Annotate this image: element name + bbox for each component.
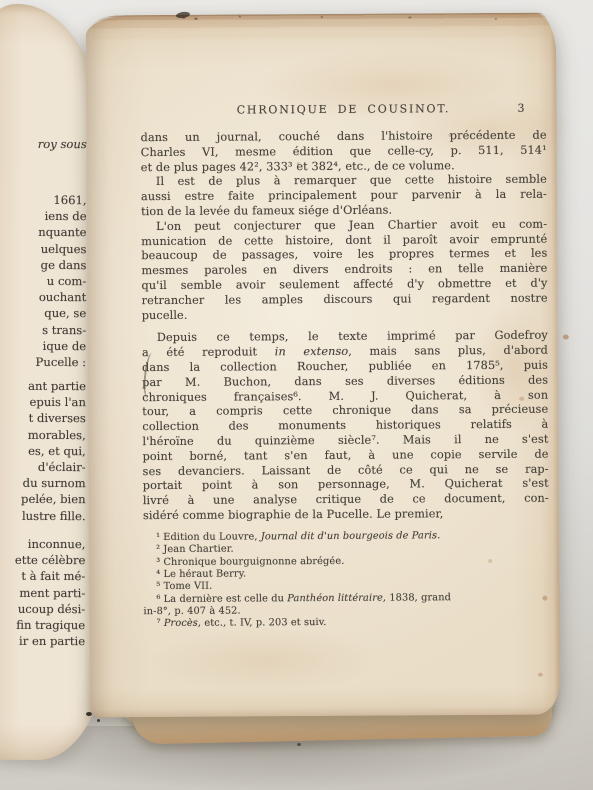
text-line: uelques [0,240,86,256]
left-page-fragment: roy sous [1,136,87,152]
book-photo: roy sous1661,iens denquanteuelquesge dan… [0,0,593,790]
text-line: pucelle. [142,306,548,323]
text-line: t à fait mé- [0,568,85,584]
text-line: epuis l'an [0,394,86,410]
text-line: ge dans [0,257,86,273]
text-line: morables, [0,426,86,442]
body-text: dans un journal, couché dans l'histoire … [141,129,549,524]
text-line: ant partie [0,378,86,394]
text-line: nquante [0,224,86,240]
paragraph: Depuis ce temps, le texte imprimé par Go… [142,329,549,524]
text-line: ette célèbre [0,552,85,568]
text-line: que, se [0,305,86,321]
text-line: aussi estre faite principalement pour pa… [141,188,547,205]
left-page-text: roy sous1661,iens denquanteuelquesge dan… [0,4,87,760]
edge-speck [86,712,92,716]
text-line: roy sous [1,136,87,152]
footnote-line: ⁷ Procès, etc., t. IV, p. 203 et suiv. [144,616,550,631]
paragraph: L'on peut conjecturer que Jean Chartier … [141,217,548,323]
text-line: livré à une analyse critique de ce docum… [143,492,549,509]
text-line: inconnue, [0,536,85,552]
text-line: sidéré comme biographie de la Pucelle. L… [143,507,549,524]
text-line: u com- [0,273,86,289]
edge-speck [97,719,100,722]
text-line: ment parti- [0,584,85,600]
text-line: s trans- [0,321,86,337]
text-line: d'éclair- [0,459,86,475]
edge-speck [297,743,301,746]
text-line: 1661, [1,192,87,208]
text-line: t diverses [0,410,86,426]
text-line: iens de [1,208,87,224]
foxing-spot [538,673,543,677]
right-page-text: CHRONIQUE DE COUSINOT. 3 dans un journal… [140,102,549,631]
text-line: ucoup dési- [0,601,85,617]
text-line: Charles VI, mesme édition que celle-cy, … [141,143,547,160]
text-line: pelée, bien [0,491,86,507]
right-page: CHRONIQUE DE COUSINOT. 3 dans un journal… [86,13,560,718]
text-line: lustre fille. [0,507,86,523]
text-line: ouchant [0,289,86,305]
toned-page-top-edge [92,13,552,42]
paragraph: Il est de plus à remarquer que cette his… [141,173,547,220]
paper-stain [150,628,380,693]
left-page-fragment: 1661,iens denquanteuelquesge dansu com-o… [0,192,87,370]
text-line: retrancher les amples discours qui regar… [142,291,548,308]
paragraph: dans un journal, couché dans l'histoire … [141,129,547,176]
left-page-fragment: ant partieepuis l'ant diversesmorables,e… [0,378,86,524]
page-number: 3 [517,102,524,115]
foxing-spot [563,334,569,339]
text-line: fin tragique [0,617,85,633]
footnotes: ¹ Édition du Louvre, Journal dit d'un bo… [143,529,550,631]
text-line: ir en partie [0,633,85,649]
text-line: du surnom [0,475,86,491]
text-line: ique de [0,338,86,354]
left-page-fragment: inconnue,ette célèbret à fait mé-ment pa… [0,536,85,650]
text-line: es, et qui, [0,443,86,459]
running-head: CHRONIQUE DE COUSINOT. 3 [140,102,546,118]
running-head-title: CHRONIQUE DE COUSINOT. [237,102,451,116]
text-line: Pucelle : [0,354,86,370]
